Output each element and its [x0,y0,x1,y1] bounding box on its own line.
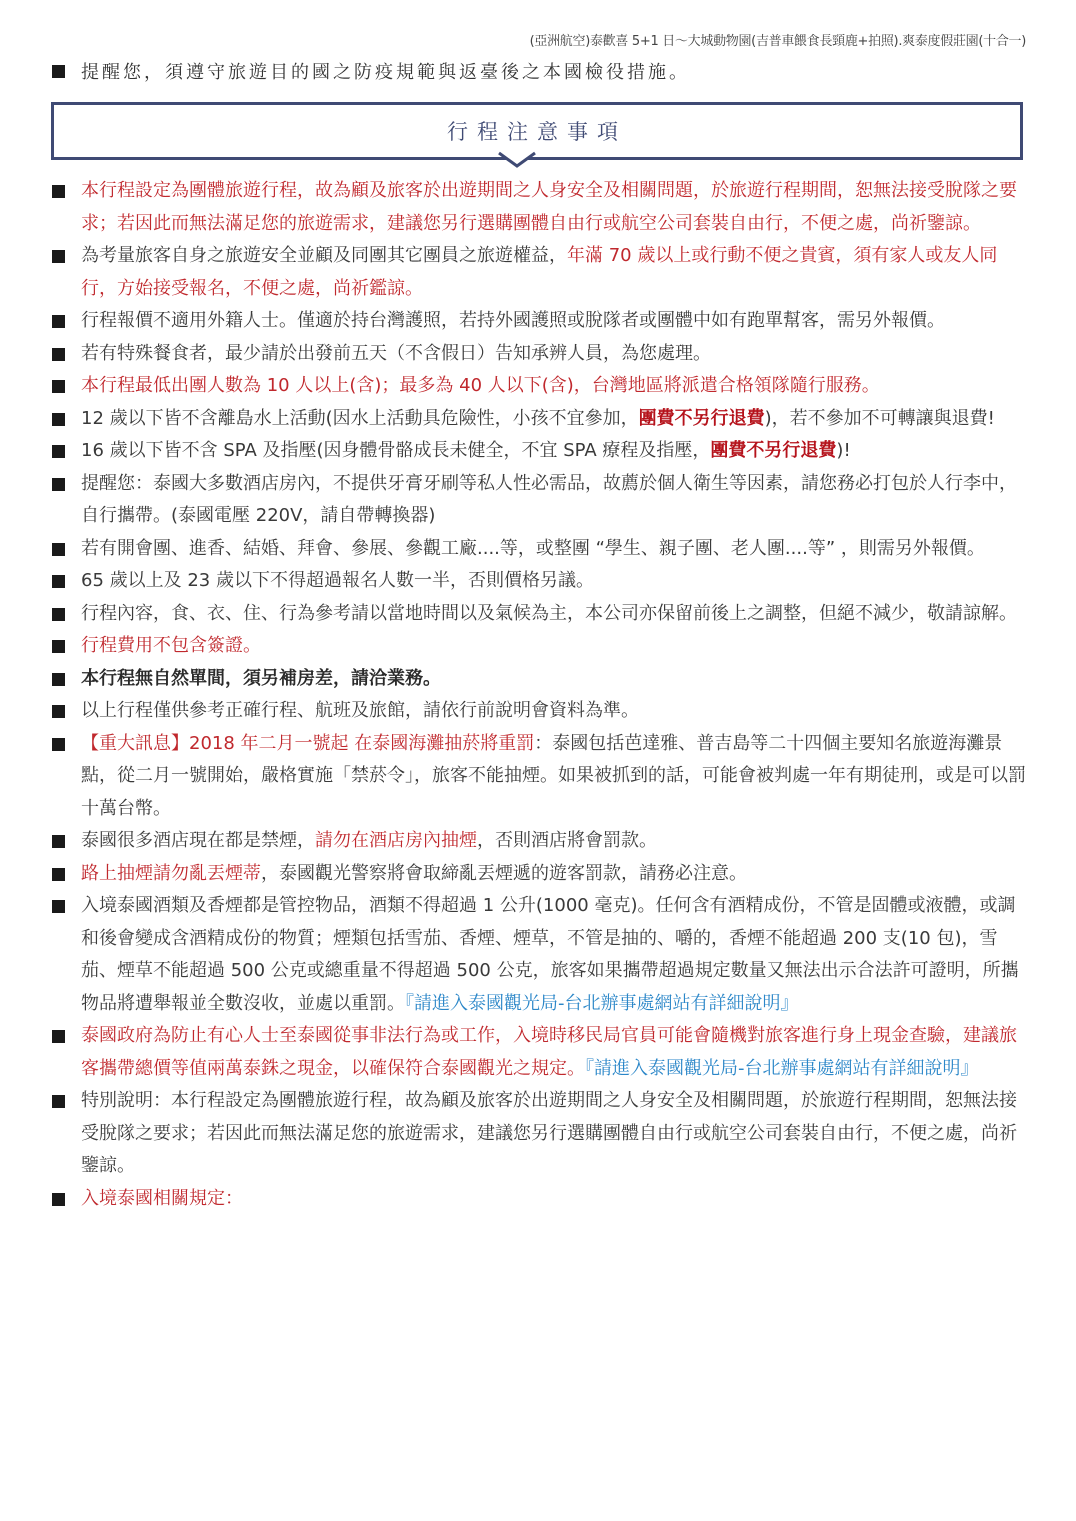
square-bullet-icon [52,673,65,686]
square-bullet-icon [52,1193,65,1206]
note-text: 本行程最低出團人數為 10 人以上(含)；最多為 40 人以下(含)，台灣地區將… [81,370,1032,403]
square-bullet-icon [52,575,65,588]
square-bullet-icon [52,445,65,458]
tourism-bureau-link[interactable]: 『請進入泰國觀光局-台北辦事處網站有詳細說明』 [585,1058,979,1079]
square-bullet-icon [52,185,65,198]
note-segment: 65 歲以上及 23 歲以下不得超過報名人數一半，否則價格另議。 [81,570,594,591]
note-segment: 以上行程僅供參考正確行程、航班及旅館，請依行前說明會資料為準。 [81,700,639,721]
note-text: 為考量旅客自身之旅遊安全並顧及同團其它團員之旅遊權益，年滿 70 歲以上或行動不… [81,240,1032,305]
note-segment: 16 歲以下皆不含 SPA 及指壓(因身體骨骼成長未健全，不宜 SPA 療程及指… [81,440,710,461]
note-item: 16 歲以下皆不含 SPA 及指壓(因身體骨骼成長未健全，不宜 SPA 療程及指… [52,435,1032,468]
square-bullet-icon [52,543,65,556]
note-item: 本行程最低出團人數為 10 人以上(含)；最多為 40 人以下(含)，台灣地區將… [52,370,1032,403]
note-item: 為考量旅客自身之旅遊安全並顧及同團其它團員之旅遊權益，年滿 70 歲以上或行動不… [52,240,1032,305]
note-text: 行程費用不包含簽證。 [81,630,1032,663]
square-bullet-icon [52,705,65,718]
square-bullet-icon [52,1030,65,1043]
note-segment: 路上抽煙請勿亂丟煙蒂 [81,863,261,884]
note-text: 入境泰國相關規定： [81,1183,1032,1216]
note-segment: 本行程最低出團人數為 10 人以上(含)；最多為 40 人以下(含)，台灣地區將… [81,375,880,396]
reminder-text: 提醒您，須遵守旅遊目的國之防疫規範與返臺後之本國檢役措施。 [81,58,690,84]
note-item: 65 歲以上及 23 歲以下不得超過報名人數一半，否則價格另議。 [52,565,1032,598]
note-text: 行程報價不適用外籍人士。僅適於持台灣護照，若持外國護照或脫隊者或團體中如有跑單幫… [81,305,1032,338]
tourism-bureau-link[interactable]: 『請進入泰國觀光局-台北辦事處網站有詳細說明』 [405,993,799,1014]
note-item: 泰國很多酒店現在都是禁煙，請勿在酒店房內抽煙，否則酒店將會罰款。 [52,825,1032,858]
note-segment: )! [836,440,850,461]
note-text: 本行程無自然單間，須另補房差，請洽業務。 [81,663,1032,696]
note-text: 入境泰國酒類及香煙都是管控物品，酒類不得超過 1 公升(1000 毫克)。任何含… [81,890,1032,1020]
square-bullet-icon [52,348,65,361]
note-text: 行程內容，食、衣、住、行為參考請以當地時間以及氣候為主，本公司亦保留前後上之調整… [81,598,1032,631]
note-segment: 提醒您：泰國大多數酒店房內，不提供牙膏牙刷等私人性必需品，故薦於個人衛生等因素，… [81,473,1017,527]
square-bullet-icon [52,835,65,848]
square-bullet-icon [52,478,65,491]
notes-list: 本行程設定為團體旅遊行程，故為顧及旅客於出遊期間之人身安全及相關問題，於旅遊行程… [52,175,1032,1215]
square-bullet-icon [52,315,65,328]
section-title-box: 行程注意事項 [51,102,1023,160]
note-item: 行程報價不適用外籍人士。僅適於持台灣護照，若持外國護照或脫隊者或團體中如有跑單幫… [52,305,1032,338]
note-segment: 行程費用不包含簽證。 [81,635,261,656]
note-text: 【重大訊息】2018 年二月一號起 在泰國海灘抽菸將重罰：泰國包括芭達雅、普吉島… [81,728,1032,826]
note-item: 特別說明：本行程設定為團體旅遊行程，故為顧及旅客於出遊期間之人身安全及相關問題，… [52,1085,1032,1183]
note-text: 65 歲以上及 23 歲以下不得超過報名人數一半，否則價格另議。 [81,565,1032,598]
epidemic-reminder: 提醒您，須遵守旅遊目的國之防疫規範與返臺後之本國檢役措施。 [52,58,690,84]
note-segment: 本行程無自然單間，須另補房差，請洽業務。 [81,668,441,689]
note-text: 若有特殊餐食者，最少請於出發前五天（不含假日）告知承辨人員，為您處理。 [81,338,1032,371]
note-segment: 泰國很多酒店現在都是禁煙， [81,830,315,851]
section-title: 行程注意事項 [447,116,627,146]
note-item: 若有開會團、進香、結婚、拜會、參展、參觀工廠....等，或整團 “學生、親子團、… [52,533,1032,566]
note-segment: 若有開會團、進香、結婚、拜會、參展、參觀工廠....等，或整團 “學生、親子團、… [81,538,985,559]
note-item: 以上行程僅供參考正確行程、航班及旅館，請依行前說明會資料為準。 [52,695,1032,728]
note-item: 路上抽煙請勿亂丟煙蒂，泰國觀光警察將會取締亂丟煙遞的遊客罰款，請務必注意。 [52,858,1032,891]
note-segment: 12 歲以下皆不含離島水上活動(因水上活動具危險性，小孩不宜參加， [81,408,639,429]
note-item: 本行程無自然單間，須另補房差，請洽業務。 [52,663,1032,696]
note-segment: 行程內容，食、衣、住、行為參考請以當地時間以及氣候為主，本公司亦保留前後上之調整… [81,603,1017,624]
note-item: 【重大訊息】2018 年二月一號起 在泰國海灘抽菸將重罰：泰國包括芭達雅、普吉島… [52,728,1032,826]
note-segment: ，泰國觀光警察將會取締亂丟煙遞的遊客罰款，請務必注意。 [261,863,747,884]
note-segment: 若有特殊餐食者，最少請於出發前五天（不含假日）告知承辨人員，為您處理。 [81,343,711,364]
note-segment: 行程報價不適用外籍人士。僅適於持台灣護照，若持外國護照或脫隊者或團體中如有跑單幫… [81,310,945,331]
square-bullet-icon [52,65,65,78]
note-segment: 為考量旅客自身之旅遊安全並顧及同團其它團員之旅遊權益， [81,245,567,266]
note-segment: ，否則酒店將會罰款。 [477,830,657,851]
note-segment: 入境泰國相關規定： [81,1188,243,1209]
note-item: 若有特殊餐食者，最少請於出發前五天（不含假日）告知承辨人員，為您處理。 [52,338,1032,371]
note-segment: 特別說明：本行程設定為團體旅遊行程，故為顧及旅客於出遊期間之人身安全及相關問題，… [81,1090,1017,1176]
square-bullet-icon [52,868,65,881]
note-item: 本行程設定為團體旅遊行程，故為顧及旅客於出遊期間之人身安全及相關問題，於旅遊行程… [52,175,1032,240]
note-item: 入境泰國酒類及香煙都是管控物品，酒類不得超過 1 公升(1000 毫克)。任何含… [52,890,1032,1020]
note-text: 本行程設定為團體旅遊行程，故為顧及旅客於出遊期間之人身安全及相關問題，於旅遊行程… [81,175,1032,240]
note-item: 入境泰國相關規定： [52,1183,1032,1216]
note-text: 泰國政府為防止有心人士至泰國從事非法行為或工作，入境時移民局官員可能會隨機對旅客… [81,1020,1032,1085]
square-bullet-icon [52,640,65,653]
note-text: 泰國很多酒店現在都是禁煙，請勿在酒店房內抽煙，否則酒店將會罰款。 [81,825,1032,858]
note-item: 提醒您：泰國大多數酒店房內，不提供牙膏牙刷等私人性必需品，故薦於個人衛生等因素，… [52,468,1032,533]
note-text: 以上行程僅供參考正確行程、航班及旅館，請依行前說明會資料為準。 [81,695,1032,728]
square-bullet-icon [52,608,65,621]
square-bullet-icon [52,738,65,751]
note-text: 若有開會團、進香、結婚、拜會、參展、參觀工廠....等，或整團 “學生、親子團、… [81,533,1032,566]
note-text: 路上抽煙請勿亂丟煙蒂，泰國觀光警察將會取締亂丟煙遞的遊客罰款，請務必注意。 [81,858,1032,891]
note-text: 特別說明：本行程設定為團體旅遊行程，故為顧及旅客於出遊期間之人身安全及相關問題，… [81,1085,1032,1183]
trip-title-header: (亞洲航空)泰歡喜 5+1 日～大城動物園(吉普車餵食長頸鹿+拍照).爽泰度假莊… [530,30,1026,49]
note-item: 12 歲以下皆不含離島水上活動(因水上活動具危險性，小孩不宜參加，團費不另行退費… [52,403,1032,436]
square-bullet-icon [52,250,65,263]
note-segment: 團費不另行退費 [710,440,836,461]
note-segment: 請勿在酒店房內抽煙 [315,830,477,851]
square-bullet-icon [52,380,65,393]
note-item: 行程費用不包含簽證。 [52,630,1032,663]
note-text: 12 歲以下皆不含離島水上活動(因水上活動具危險性，小孩不宜參加，團費不另行退費… [81,403,1032,436]
note-text: 16 歲以下皆不含 SPA 及指壓(因身體骨骼成長未健全，不宜 SPA 療程及指… [81,435,1032,468]
note-text: 提醒您：泰國大多數酒店房內，不提供牙膏牙刷等私人性必需品，故薦於個人衛生等因素，… [81,468,1032,533]
square-bullet-icon [52,900,65,913]
square-bullet-icon [52,413,65,426]
note-segment: 團費不另行退費 [639,408,765,429]
note-segment: 本行程設定為團體旅遊行程，故為顧及旅客於出遊期間之人身安全及相關問題，於旅遊行程… [81,180,1017,234]
note-item: 泰國政府為防止有心人士至泰國從事非法行為或工作，入境時移民局官員可能會隨機對旅客… [52,1020,1032,1085]
note-segment: )，若不參加不可轉讓與退費! [765,408,995,429]
note-item: 行程內容，食、衣、住、行為參考請以當地時間以及氣候為主，本公司亦保留前後上之調整… [52,598,1032,631]
note-segment: 【重大訊息】2018 年二月一號起 在泰國海灘抽菸將重罰 [81,733,534,754]
square-bullet-icon [52,1095,65,1108]
